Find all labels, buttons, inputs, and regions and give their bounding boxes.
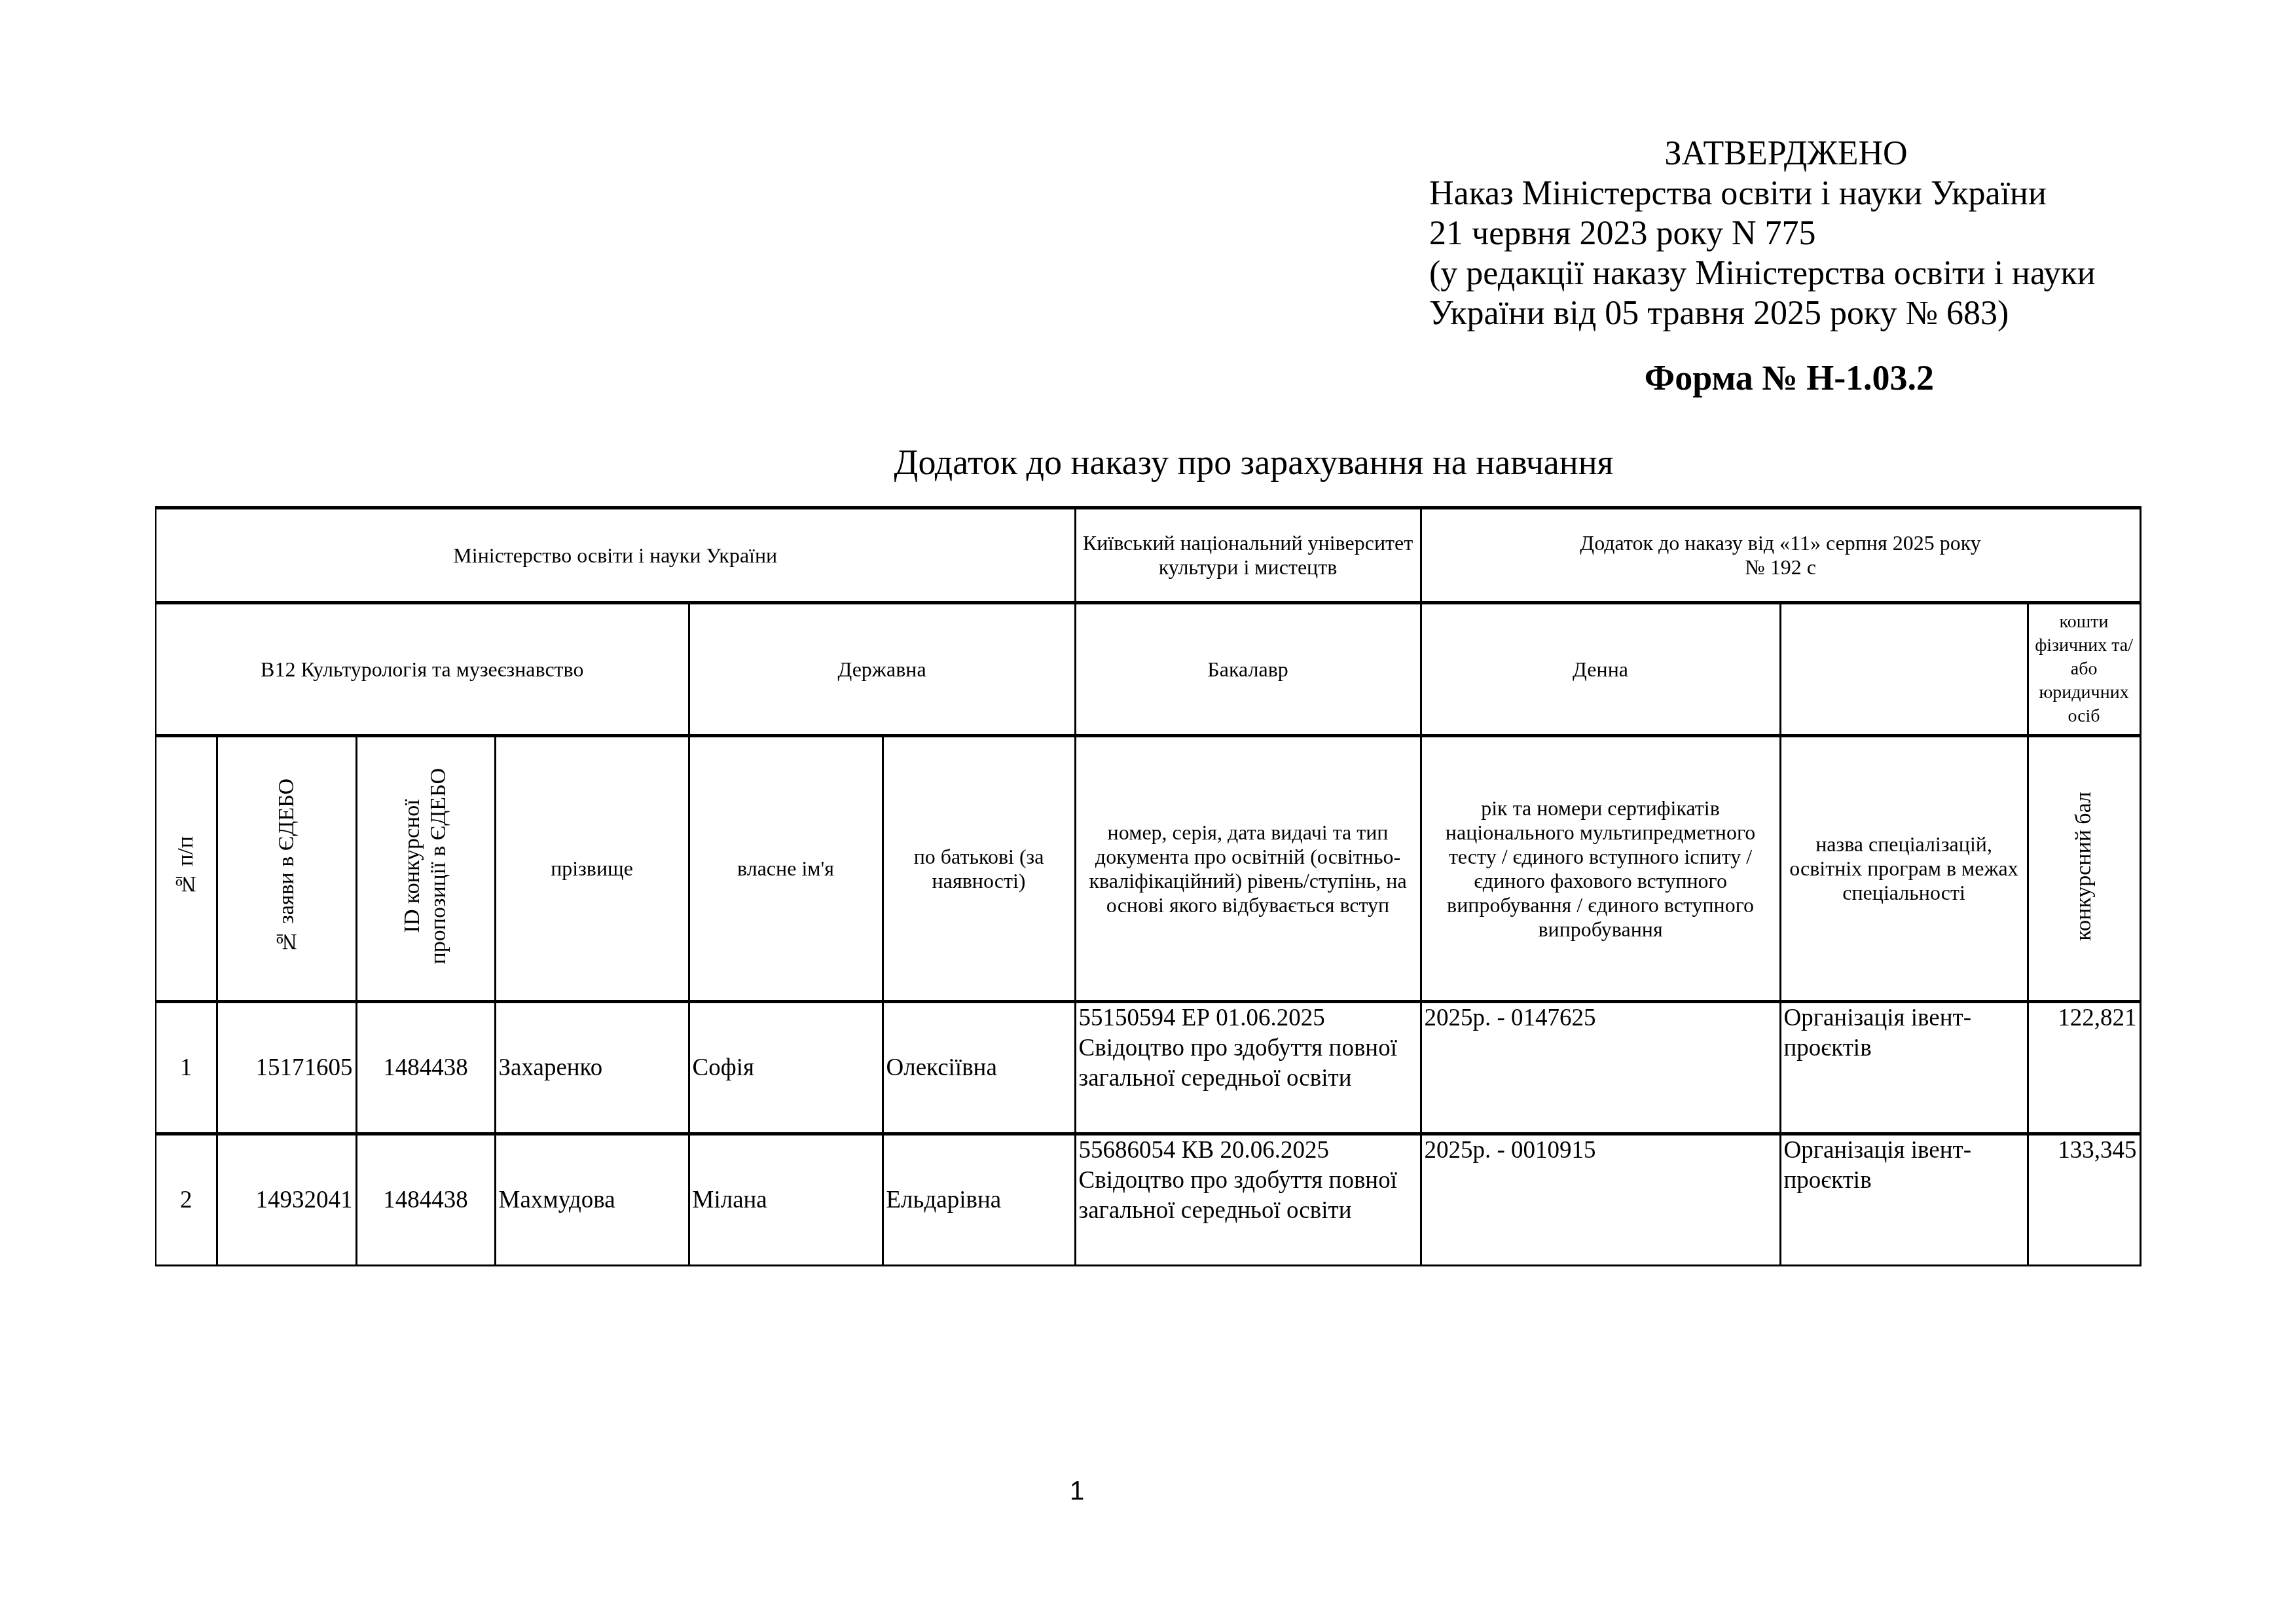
patronymic: Ельдарівна bbox=[883, 1134, 1075, 1266]
col-header-application-id-text: № заяви в ЄДЕБО bbox=[274, 779, 300, 953]
col-header-program: назва спеціалізацій, освітніх програм в … bbox=[1780, 736, 2028, 1002]
surname: Захаренко bbox=[495, 1002, 689, 1134]
competitive-score: 133,345 bbox=[2028, 1134, 2140, 1266]
col-header-score-text: конкурсний бал bbox=[2071, 792, 2097, 941]
order-reference-cell: Додаток до наказу від «11» серпня 2025 р… bbox=[1421, 508, 2140, 603]
funding-source-cell: кошти фізичних та/або юридичних осіб bbox=[2028, 603, 2140, 736]
document-title: Додаток до наказу про зарахування на нав… bbox=[0, 442, 2296, 483]
approval-stamp: ЗАТВЕРДЖЕНО bbox=[1429, 134, 2143, 174]
offer-id: 1484438 bbox=[356, 1134, 495, 1266]
col-header-patronymic: по батькові (за наявності) bbox=[883, 736, 1075, 1002]
application-id: 15171605 bbox=[217, 1002, 356, 1134]
col-header-offer-id: ID конкурсної пропозиції в ЄДЕБО bbox=[356, 736, 495, 1002]
table-row: 2 14932041 1484438 Махмудова Мілана Ельд… bbox=[156, 1134, 2140, 1266]
page-number: 1 bbox=[1048, 1477, 1106, 1506]
column-header-row: № п/п № заяви в ЄДЕБО ID конкурсної проп… bbox=[156, 736, 2140, 1002]
institution-cell: Київський національний університет культ… bbox=[1075, 508, 1421, 603]
col-header-document: номер, серія, дата видачі та тип докумен… bbox=[1075, 736, 1421, 1002]
program: Організація івент-проєктів bbox=[1780, 1002, 2028, 1134]
ministry-cell: Міністерство освіти і науки України bbox=[156, 508, 1075, 603]
col-header-number: № п/п bbox=[156, 736, 217, 1002]
approval-block: ЗАТВЕРДЖЕНО Наказ Міністерства освіти і … bbox=[1429, 134, 2215, 333]
row-number: 2 bbox=[156, 1134, 217, 1266]
certificates: 2025р. - 0147625 bbox=[1421, 1002, 1780, 1134]
empty-cell bbox=[1780, 603, 2028, 736]
col-header-certificates: рік та номери сертифікатів національного… bbox=[1421, 736, 1780, 1002]
funding-type-cell: Державна bbox=[689, 603, 1075, 736]
approval-line: (у редакції наказу Міністерства освіти і… bbox=[1429, 253, 2215, 293]
header-row-program: В12 Культурологія та музеєзнавство Держа… bbox=[156, 603, 2140, 736]
competitive-score: 122,821 bbox=[2028, 1002, 2140, 1134]
enrollment-table: Міністерство освіти і науки України Київ… bbox=[155, 506, 2141, 1266]
row-number: 1 bbox=[156, 1002, 217, 1134]
col-header-offer-id-text: ID конкурсної пропозиції в ЄДЕБО bbox=[399, 768, 452, 964]
specialty-cell: В12 Культурологія та музеєзнавство bbox=[156, 603, 689, 736]
program: Організація івент-проєктів bbox=[1780, 1134, 2028, 1266]
col-header-score: конкурсний бал bbox=[2028, 736, 2140, 1002]
offer-id: 1484438 bbox=[356, 1002, 495, 1134]
form-number: Форма № Н-1.03.2 bbox=[1429, 358, 2149, 398]
education-document: 55150594 ЕР 01.06.2025 Свідоцтво про здо… bbox=[1075, 1002, 1421, 1134]
surname: Махмудова bbox=[495, 1134, 689, 1266]
education-document: 55686054 КВ 20.06.2025 Свідоцтво про здо… bbox=[1075, 1134, 1421, 1266]
study-form-cell: Денна bbox=[1421, 603, 1780, 736]
approval-line: 21 червня 2023 року N 775 bbox=[1429, 213, 2215, 253]
col-header-number-text: № п/п bbox=[173, 836, 199, 896]
first-name: Софія bbox=[689, 1002, 883, 1134]
patronymic: Олексіївна bbox=[883, 1002, 1075, 1134]
approval-line: Наказ Міністерства освіти і науки Україн… bbox=[1429, 174, 2215, 213]
application-id: 14932041 bbox=[217, 1134, 356, 1266]
certificates: 2025р. - 0010915 bbox=[1421, 1134, 1780, 1266]
order-reference-text: Додаток до наказу від «11» серпня 2025 р… bbox=[1580, 531, 1980, 579]
col-header-surname: прізвище bbox=[495, 736, 689, 1002]
col-header-name: власне ім'я bbox=[689, 736, 883, 1002]
col-header-application-id: № заяви в ЄДЕБО bbox=[217, 736, 356, 1002]
approval-line: України від 05 травня 2025 року № 683) bbox=[1429, 293, 2215, 333]
table-row: 1 15171605 1484438 Захаренко Софія Олекс… bbox=[156, 1002, 2140, 1134]
header-row-organization: Міністерство освіти і науки України Київ… bbox=[156, 508, 2140, 603]
first-name: Мілана bbox=[689, 1134, 883, 1266]
degree-cell: Бакалавр bbox=[1075, 603, 1421, 736]
